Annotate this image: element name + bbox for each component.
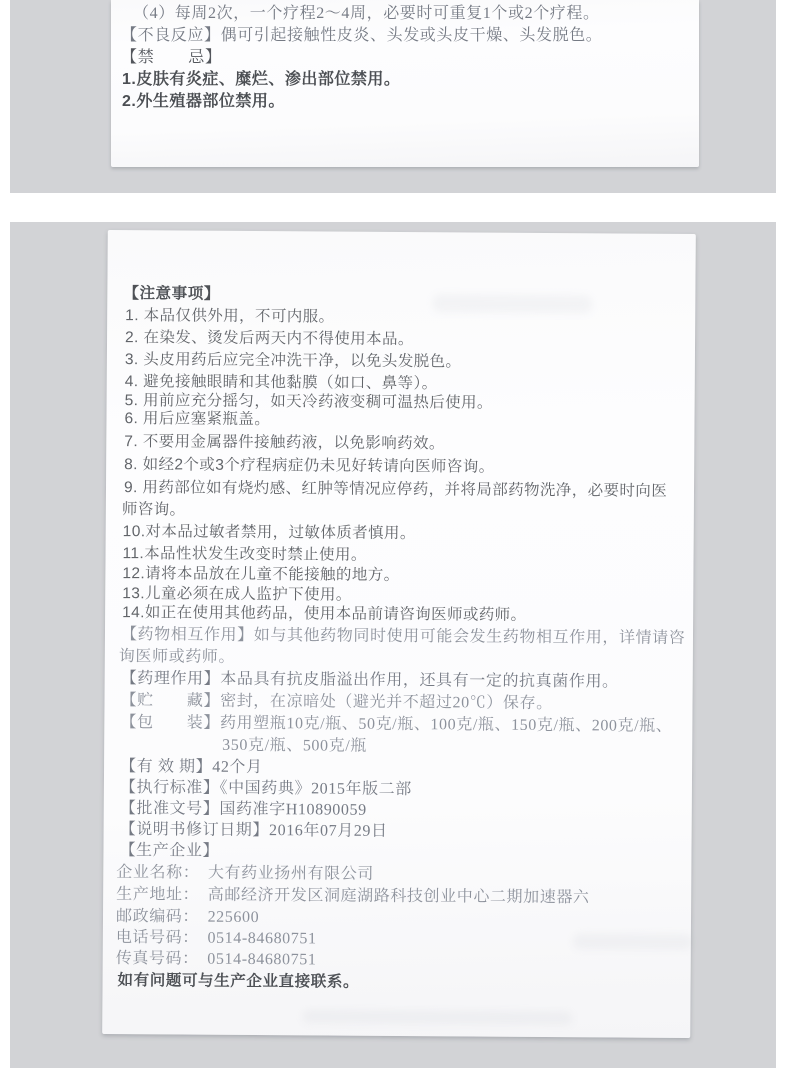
leaflet-photo-bottom: 【注意事项】1. 本品仅供外用，不可内服。2. 在染发、烫发后两天内不得使用本品… bbox=[10, 222, 776, 1068]
precaution-item-12: 12.请将本品放在儿童不能接触的地方。 bbox=[122, 564, 399, 585]
precaution-item-8: 8. 如经2个或3个疗程病症仍未见好转请向医师咨询。 bbox=[124, 455, 495, 477]
package-cont: 350克/瓶、500克/瓶 bbox=[222, 736, 367, 757]
approval-number-line: 【批准文号】国药准字H10890059 bbox=[120, 799, 367, 821]
storage-line: 【贮 藏】密封，在凉暗处（避光并不超过20℃）保存。 bbox=[120, 691, 552, 714]
validity-line: 【有 效 期】42个月 bbox=[120, 757, 263, 778]
precaution-item-9: 9. 用药部位如有烧灼感、红肿等情况应停药，并将局部药物洗净，必要时向医 bbox=[124, 478, 667, 501]
adverse-reactions-line: 【不良反应】偶可引起接触性皮炎、头发或头皮干燥、头发脱色。 bbox=[121, 26, 602, 46]
precaution-item-6: 6. 用后应塞紧瓶盖。 bbox=[124, 409, 270, 429]
fax-line: 传真号码： 0514-84680751 bbox=[116, 949, 317, 970]
ink-showthrough-smudge bbox=[432, 294, 592, 313]
leaflet-paper-top: （4）每周2次，一个疗程2～4周，必要时可重复1个或2个疗程。【不良反应】偶可引… bbox=[111, 0, 699, 167]
contraindication-item-2: 2.外生殖器部位禁用。 bbox=[122, 92, 285, 112]
address-line: 生产地址： 高邮经济开发区洞庭湖路科技创业中心二期加速器六 bbox=[116, 885, 590, 908]
precaution-item-4: 4. 避免接触眼睛和其他黏膜（如口、鼻等）。 bbox=[125, 372, 438, 394]
precaution-item-3: 3. 头皮用药后应完全冲洗干净，以免头发脱色。 bbox=[125, 350, 462, 372]
manufacturer-header: 【生产企业】 bbox=[119, 841, 219, 862]
precaution-item-7: 7. 不要用金属器件接触药液，以免影响药效。 bbox=[124, 432, 445, 454]
precautions-header: 【注意事项】 bbox=[123, 284, 220, 304]
pharmacology-line: 【药理作用】本品具有抗皮脂溢出作用，还具有一定的抗真菌作用。 bbox=[121, 669, 619, 692]
drug-interaction-cont: 询医师或药师。 bbox=[119, 647, 235, 668]
postcode-line: 邮政编码： 225600 bbox=[116, 907, 259, 928]
ink-showthrough-smudge bbox=[302, 1009, 572, 1025]
precaution-item-13: 13.儿童必须在成人监护下使用。 bbox=[122, 584, 352, 605]
ink-showthrough-smudge bbox=[573, 933, 693, 950]
product-detail-screenshot: （4）每周2次，一个疗程2～4周，必要时可重复1个或2个疗程。【不良反应】偶可引… bbox=[0, 0, 790, 1068]
package-line: 【包 装】药用塑瓶10克/瓶、50克/瓶、100克/瓶、150克/瓶、200克/… bbox=[120, 713, 672, 737]
precaution-item-1: 1. 本品仅供外用，不可内服。 bbox=[125, 306, 334, 327]
precaution-item-2: 2. 在染发、烫发后两天内不得使用本品。 bbox=[125, 328, 414, 349]
dosage-frequency-line: （4）每周2次，一个疗程2～4周，必要时可重复1个或2个疗程。 bbox=[133, 4, 600, 24]
contraindications-header: 【禁 忌】 bbox=[121, 48, 222, 68]
precaution-item-14: 14.如正在使用其他药品，使用本品前请咨询医师或药师。 bbox=[122, 603, 526, 625]
precaution-item-10: 10.对本品过敏者禁用，过敏体质者慎用。 bbox=[123, 522, 416, 543]
revision-date-line: 【说明书修订日期】2016年07月29日 bbox=[120, 820, 388, 842]
contact-note-line: 如有问题可与生产企业直接联系。 bbox=[118, 971, 360, 992]
leaflet-paper-bottom: 【注意事项】1. 本品仅供外用，不可内服。2. 在染发、烫发后两天内不得使用本品… bbox=[102, 230, 696, 1038]
company-name-line: 企业名称： 大有药业扬州有限公司 bbox=[116, 863, 374, 885]
precaution-item-9-cont: 师咨询。 bbox=[122, 500, 186, 520]
leaflet-photo-top: （4）每周2次，一个疗程2～4周，必要时可重复1个或2个疗程。【不良反应】偶可引… bbox=[10, 0, 776, 193]
contraindication-item-1: 1.皮肤有炎症、糜烂、渗出部位禁用。 bbox=[122, 70, 400, 90]
drug-interaction-line: 【药物相互作用】如与其他药物同时使用可能会发生药物相互作用，详情请咨 bbox=[121, 625, 686, 649]
standard-line: 【执行标准】《中国药典》2015年版二部 bbox=[120, 778, 412, 800]
precaution-item-11: 11.本品性状发生改变时禁止使用。 bbox=[122, 544, 366, 565]
phone-line: 电话号码： 0514-84680751 bbox=[116, 928, 317, 949]
